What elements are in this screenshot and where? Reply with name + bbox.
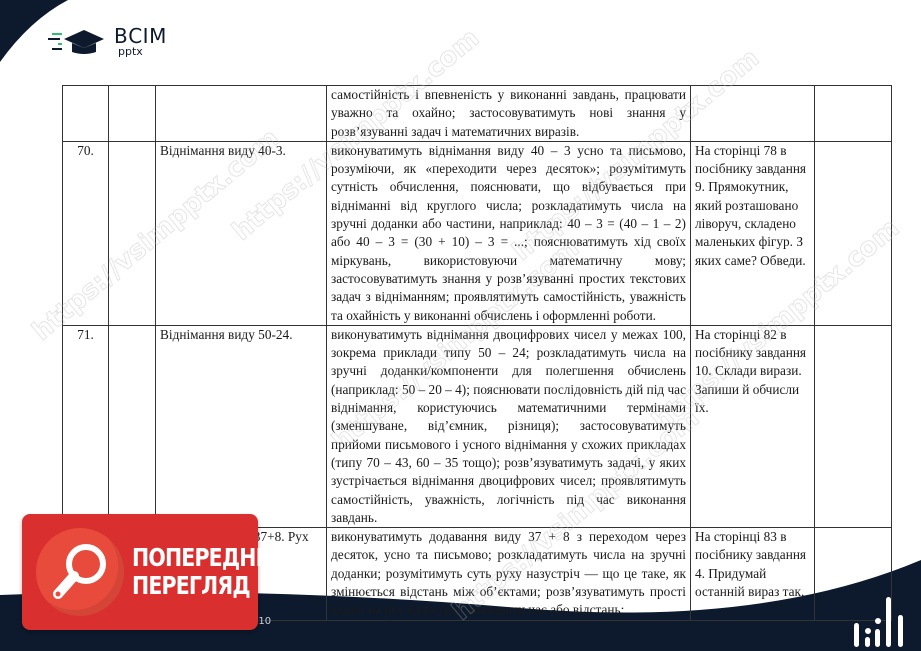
lesson-topic: [156, 86, 327, 142]
lesson-objectives: самостійність і впевненість у виконанні …: [327, 86, 691, 142]
preview-label-line2: ПЕРЕГЛЯД: [132, 572, 279, 600]
lesson-date: [109, 141, 156, 325]
lesson-topic: Віднімання виду 50-24.: [156, 325, 327, 527]
lesson-number: 71.: [63, 325, 109, 527]
lesson-homework: На сторінці 82 в посібнику завдання 10. …: [691, 325, 815, 527]
preview-label-line1: ПОПЕРЕДНІЙ: [132, 544, 279, 572]
lesson-number: [63, 86, 109, 142]
lesson-notes: [815, 141, 892, 325]
lesson-notes: [815, 86, 892, 142]
lesson-date: [109, 86, 156, 142]
lesson-notes: [815, 325, 892, 527]
lesson-homework: [691, 86, 815, 142]
brand-logo: ВСІМ pptx: [48, 26, 167, 57]
bars-logo-icon: [850, 585, 915, 647]
preview-badge[interactable]: ПОПЕРЕДНІЙ ПЕРЕГЛЯД: [22, 514, 258, 630]
lesson-objectives: виконуватимуть віднімання виду 40 – 3 ус…: [327, 141, 691, 325]
lesson-number: 70.: [63, 141, 109, 325]
magnifier-icon: [36, 528, 124, 616]
lesson-objectives: виконуватимуть віднімання двоцифрових чи…: [327, 325, 691, 527]
lesson-homework: На сторінці 78 в посібнику завдання 9. П…: [691, 141, 815, 325]
graduation-cap-icon: [48, 28, 108, 56]
table-row: 70. Віднімання виду 40-3. виконуватимуть…: [63, 141, 892, 325]
lesson-objectives: виконуватимуть додавання виду 37 + 8 з п…: [327, 528, 691, 620]
lesson-topic: Віднімання виду 40-3.: [156, 141, 327, 325]
lesson-homework: На сторінці 83 в посібнику завдання 4. П…: [691, 528, 815, 620]
lesson-date: [109, 325, 156, 527]
table-row: 71. Віднімання виду 50-24. виконуватимут…: [63, 325, 892, 527]
table-row: самостійність і впевненість у виконанні …: [63, 86, 892, 142]
brand-title: ВСІМ: [114, 26, 167, 46]
